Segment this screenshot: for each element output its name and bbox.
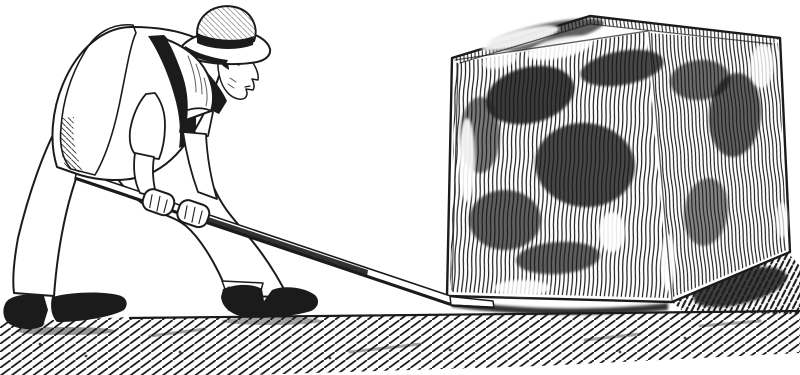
near-forearm — [183, 132, 217, 199]
engraving-illustration: Workman prying a large stone block with … — [0, 0, 800, 375]
stone-block — [447, 12, 800, 315]
back-boot-heel — [3, 295, 48, 330]
workman-figure — [3, 6, 494, 335]
far-fist — [140, 187, 176, 218]
hatched-ground — [0, 310, 800, 375]
lever-bar — [75, 171, 494, 308]
ground-hatching — [0, 310, 800, 375]
front-boot-shadow — [222, 317, 322, 325]
near-fist — [175, 198, 212, 230]
bar-lower-edge — [77, 179, 450, 305]
front-boot — [221, 285, 318, 318]
hat — [182, 6, 270, 64]
